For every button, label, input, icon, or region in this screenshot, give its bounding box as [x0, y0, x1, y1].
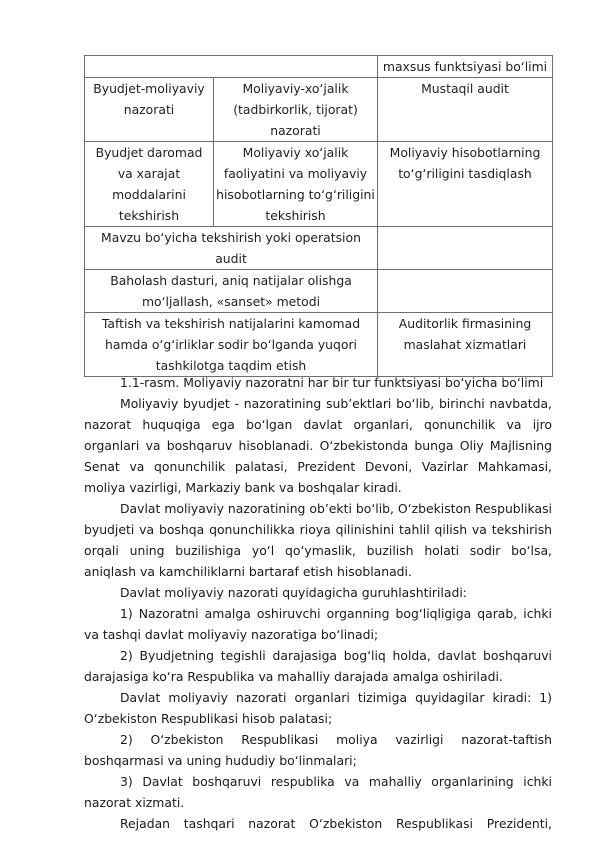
body-text: Moliyaviy byudjet - nazoratining sub’ekt…	[84, 393, 552, 834]
table-cell: Mustaqil audit	[378, 78, 553, 142]
table-cell: Byudjet-moliyaviy nazorati	[85, 78, 214, 142]
table-row: Byudjet-moliyaviy nazorati Moliyaviy-xo‘…	[85, 78, 553, 142]
document-page: maxsus funktsiyasi bo‘limi Byudjet-moliy…	[0, 0, 596, 842]
paragraph: 3) Davlat boshqaruvi respublika va mahal…	[84, 771, 552, 813]
paragraph: Davlat moliyaviy nazoratining ob’ekti bo…	[84, 498, 552, 582]
table-cell: Baholash dasturi, aniq natijalar olishga…	[85, 270, 378, 313]
paragraph: 2) O‘zbekiston Respublikasi moliya vazir…	[84, 729, 552, 771]
paragraph: 1) Nazoratni amalga oshiruvchi organning…	[84, 603, 552, 645]
paragraph: Rejadan tashqari nazorat O‘zbekiston Res…	[84, 813, 552, 834]
table-cell	[378, 227, 553, 270]
table-row: maxsus funktsiyasi bo‘limi	[85, 56, 553, 78]
table-cell: Taftish va tekshirish natijalarini kamom…	[85, 313, 378, 377]
table-cell: Moliyaviy xo‘jalik faoliyatini va moliya…	[214, 142, 378, 227]
table-row: Baholash dasturi, aniq natijalar olishga…	[85, 270, 553, 313]
table-cell: maxsus funktsiyasi bo‘limi	[378, 56, 553, 78]
control-functions-table: maxsus funktsiyasi bo‘limi Byudjet-moliy…	[84, 55, 553, 377]
table-row: Taftish va tekshirish natijalarini kamom…	[85, 313, 553, 377]
table-cell: Byudjet daromad va xarajat moddalarini t…	[85, 142, 214, 227]
table-cell	[378, 270, 553, 313]
table-cell: Auditorlik firmasining maslahat xizmatla…	[378, 313, 553, 377]
table-cell: Mavzu bo‘yicha tekshirish yoki operatsio…	[85, 227, 378, 270]
paragraph: 2) Byudjetning tegishli darajasiga bog‘l…	[84, 645, 552, 687]
table-row: Mavzu bo‘yicha tekshirish yoki operatsio…	[85, 227, 553, 270]
paragraph: Moliyaviy byudjet - nazoratining sub’ekt…	[84, 393, 552, 498]
figure-caption: 1.1-rasm. Moliyaviy nazoratni har bir tu…	[120, 372, 543, 393]
paragraph: Davlat moliyaviy nazorati organlari tizi…	[84, 687, 552, 729]
paragraph: Davlat moliyaviy nazorati quyidagicha gu…	[84, 582, 552, 603]
table-cell	[85, 56, 378, 78]
table-cell: Moliyaviy hisobotlarning to‘g‘riligini t…	[378, 142, 553, 227]
table-row: Byudjet daromad va xarajat moddalarini t…	[85, 142, 553, 227]
table-cell: Moliyaviy-xo‘jalik (tadbirkorlik, tijora…	[214, 78, 378, 142]
